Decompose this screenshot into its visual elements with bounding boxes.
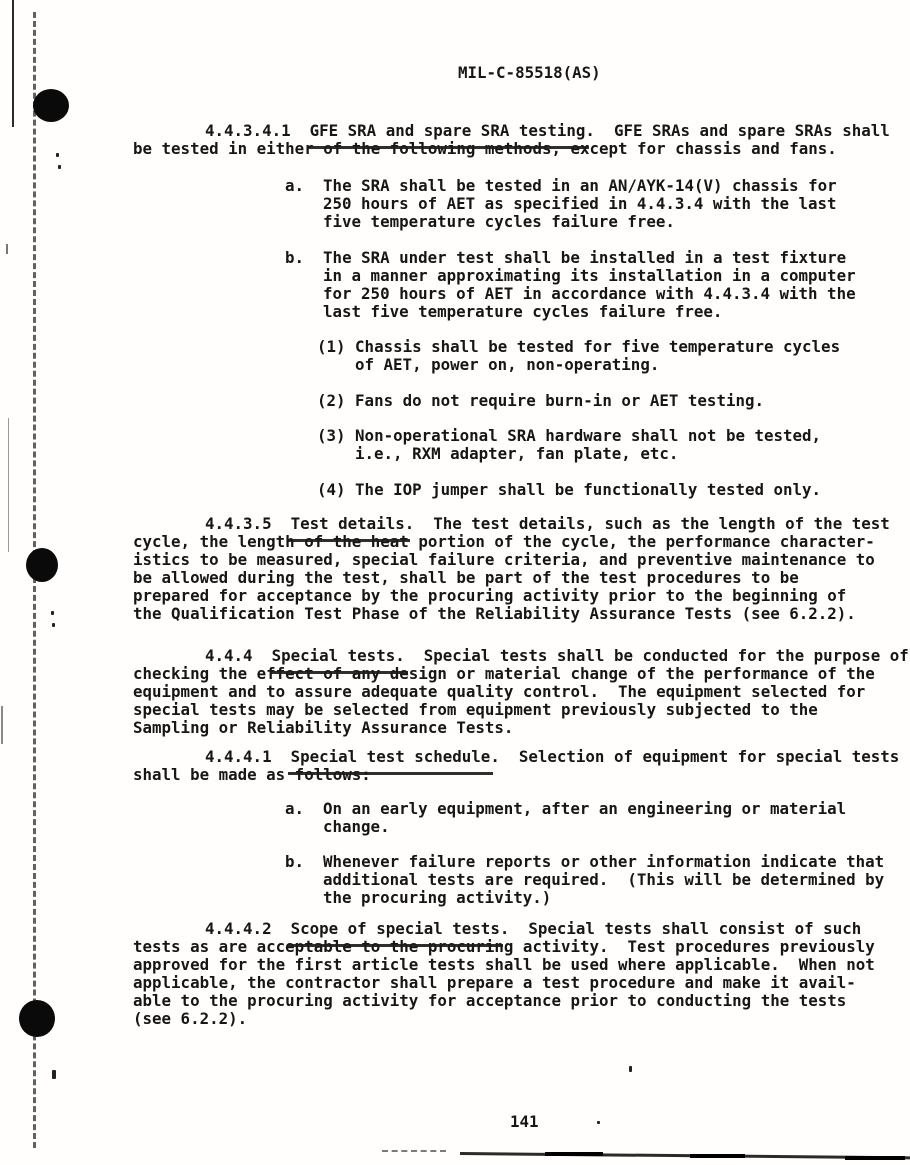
bottom-scan-line — [460, 1152, 910, 1159]
section-4431-line-1: 4.4.3.4.1 GFE SRA and spare SRA testing.… — [205, 122, 890, 140]
section-4442-line-5: able to the procuring activity for accep… — [133, 992, 846, 1010]
section-4442-line-3: approved for the first article tests sha… — [133, 956, 875, 974]
section-4435-line-3: istics to be measured, special failure c… — [133, 551, 875, 569]
item-b2-line-2: additional tests are required. (This wil… — [323, 871, 884, 889]
heading-underline — [288, 772, 493, 775]
scan-speck — [56, 153, 59, 157]
section-4442-line-1: 4.4.4.2 Scope of special tests. Special … — [205, 920, 861, 938]
sub-4-line-1: (4) The IOP jumper shall be functionally… — [317, 481, 821, 499]
margin-line-solid — [12, 0, 14, 127]
section-444-line-4: special tests may be selected from equip… — [133, 701, 818, 719]
section-4435-line-5: prepared for acceptance by the procuring… — [133, 587, 846, 605]
scan-speck — [52, 1070, 56, 1079]
section-4435-line-2: cycle, the length of the heat portion of… — [133, 533, 875, 551]
doc-id-header: MIL-C-85518(AS) — [458, 64, 601, 82]
scan-speck — [629, 1066, 632, 1072]
section-4435-line-6: the Qualification Test Phase of the Reli… — [133, 605, 856, 623]
section-4431-line-2: be tested in either of the following met… — [133, 140, 837, 158]
scan-speck — [597, 1121, 600, 1124]
hole-punch-mark — [19, 1000, 55, 1037]
item-a2-line-1: a. On an early equipment, after an engin… — [285, 800, 846, 818]
page-number: 141 — [510, 1113, 539, 1131]
section-4435-line-1: 4.4.3.5 Test details. The test details, … — [205, 515, 890, 533]
item-b2-line-1: b. Whenever failure reports or other inf… — [285, 853, 884, 871]
section-4441-line-1: 4.4.4.1 Special test schedule. Selection… — [205, 748, 899, 766]
section-444-line-5: Sampling or Reliability Assurance Tests. — [133, 719, 513, 737]
bottom-scan-patch — [845, 1156, 905, 1160]
scan-speck — [51, 611, 54, 615]
scan-speck — [58, 165, 61, 169]
item-a2-line-2: change. — [323, 818, 390, 836]
section-444-line-2: checking the effect of any design or mat… — [133, 665, 875, 683]
item-b2-line-3: the procuring activity.) — [323, 889, 551, 907]
item-b-line-3: for 250 hours of AET in accordance with … — [323, 285, 856, 303]
section-444-line-1: 4.4.4 Special tests. Special tests shall… — [205, 647, 909, 665]
item-a-line-3: five temperature cycles failure free. — [323, 213, 675, 231]
heading-underline — [288, 944, 503, 947]
section-4441-line-2: shall be made as follows: — [133, 766, 371, 784]
scan-speck — [52, 623, 55, 627]
sub-3-line-1: (3) Non-operational SRA hardware shall n… — [317, 427, 821, 445]
heading-underline — [288, 539, 410, 542]
section-4442-line-4: applicable, the contractor shall prepare… — [133, 974, 856, 992]
bottom-scan-patch — [545, 1152, 603, 1156]
margin-line-faint — [1, 706, 3, 744]
hole-punch-mark — [33, 89, 69, 122]
sub-3-line-2: i.e., RXM adapter, fan plate, etc. — [355, 445, 678, 463]
heading-underline — [270, 671, 408, 674]
heading-underline — [307, 146, 589, 149]
hole-punch-mark — [26, 548, 58, 582]
item-b-line-1: b. The SRA under test shall be installed… — [285, 249, 846, 267]
sub-1-line-1: (1) Chassis shall be tested for five tem… — [317, 338, 840, 356]
document-page: MIL-C-85518(AS) 4.4.3.4.1 GFE SRA and sp… — [0, 0, 910, 1165]
sub-1-line-2: of AET, power on, non-operating. — [355, 356, 659, 374]
bottom-scan-patch — [690, 1154, 745, 1158]
item-b-line-2: in a manner approximating its installati… — [323, 267, 856, 285]
margin-line-faint — [8, 418, 9, 552]
bottom-scan-line-dashed — [382, 1150, 446, 1152]
item-b-line-4: last five temperature cycles failure fre… — [323, 303, 722, 321]
margin-tick — [6, 244, 8, 254]
section-4442-line-6: (see 6.2.2). — [133, 1010, 247, 1028]
sub-2-line-1: (2) Fans do not require burn-in or AET t… — [317, 392, 764, 410]
item-a-line-1: a. The SRA shall be tested in an AN/AYK-… — [285, 177, 837, 195]
item-a-line-2: 250 hours of AET as specified in 4.4.3.4… — [323, 195, 837, 213]
section-444-line-3: equipment and to assure adequate quality… — [133, 683, 865, 701]
section-4435-line-4: be allowed during the test, shall be par… — [133, 569, 799, 587]
section-4442-line-2: tests as are acceptable to the procuring… — [133, 938, 875, 956]
